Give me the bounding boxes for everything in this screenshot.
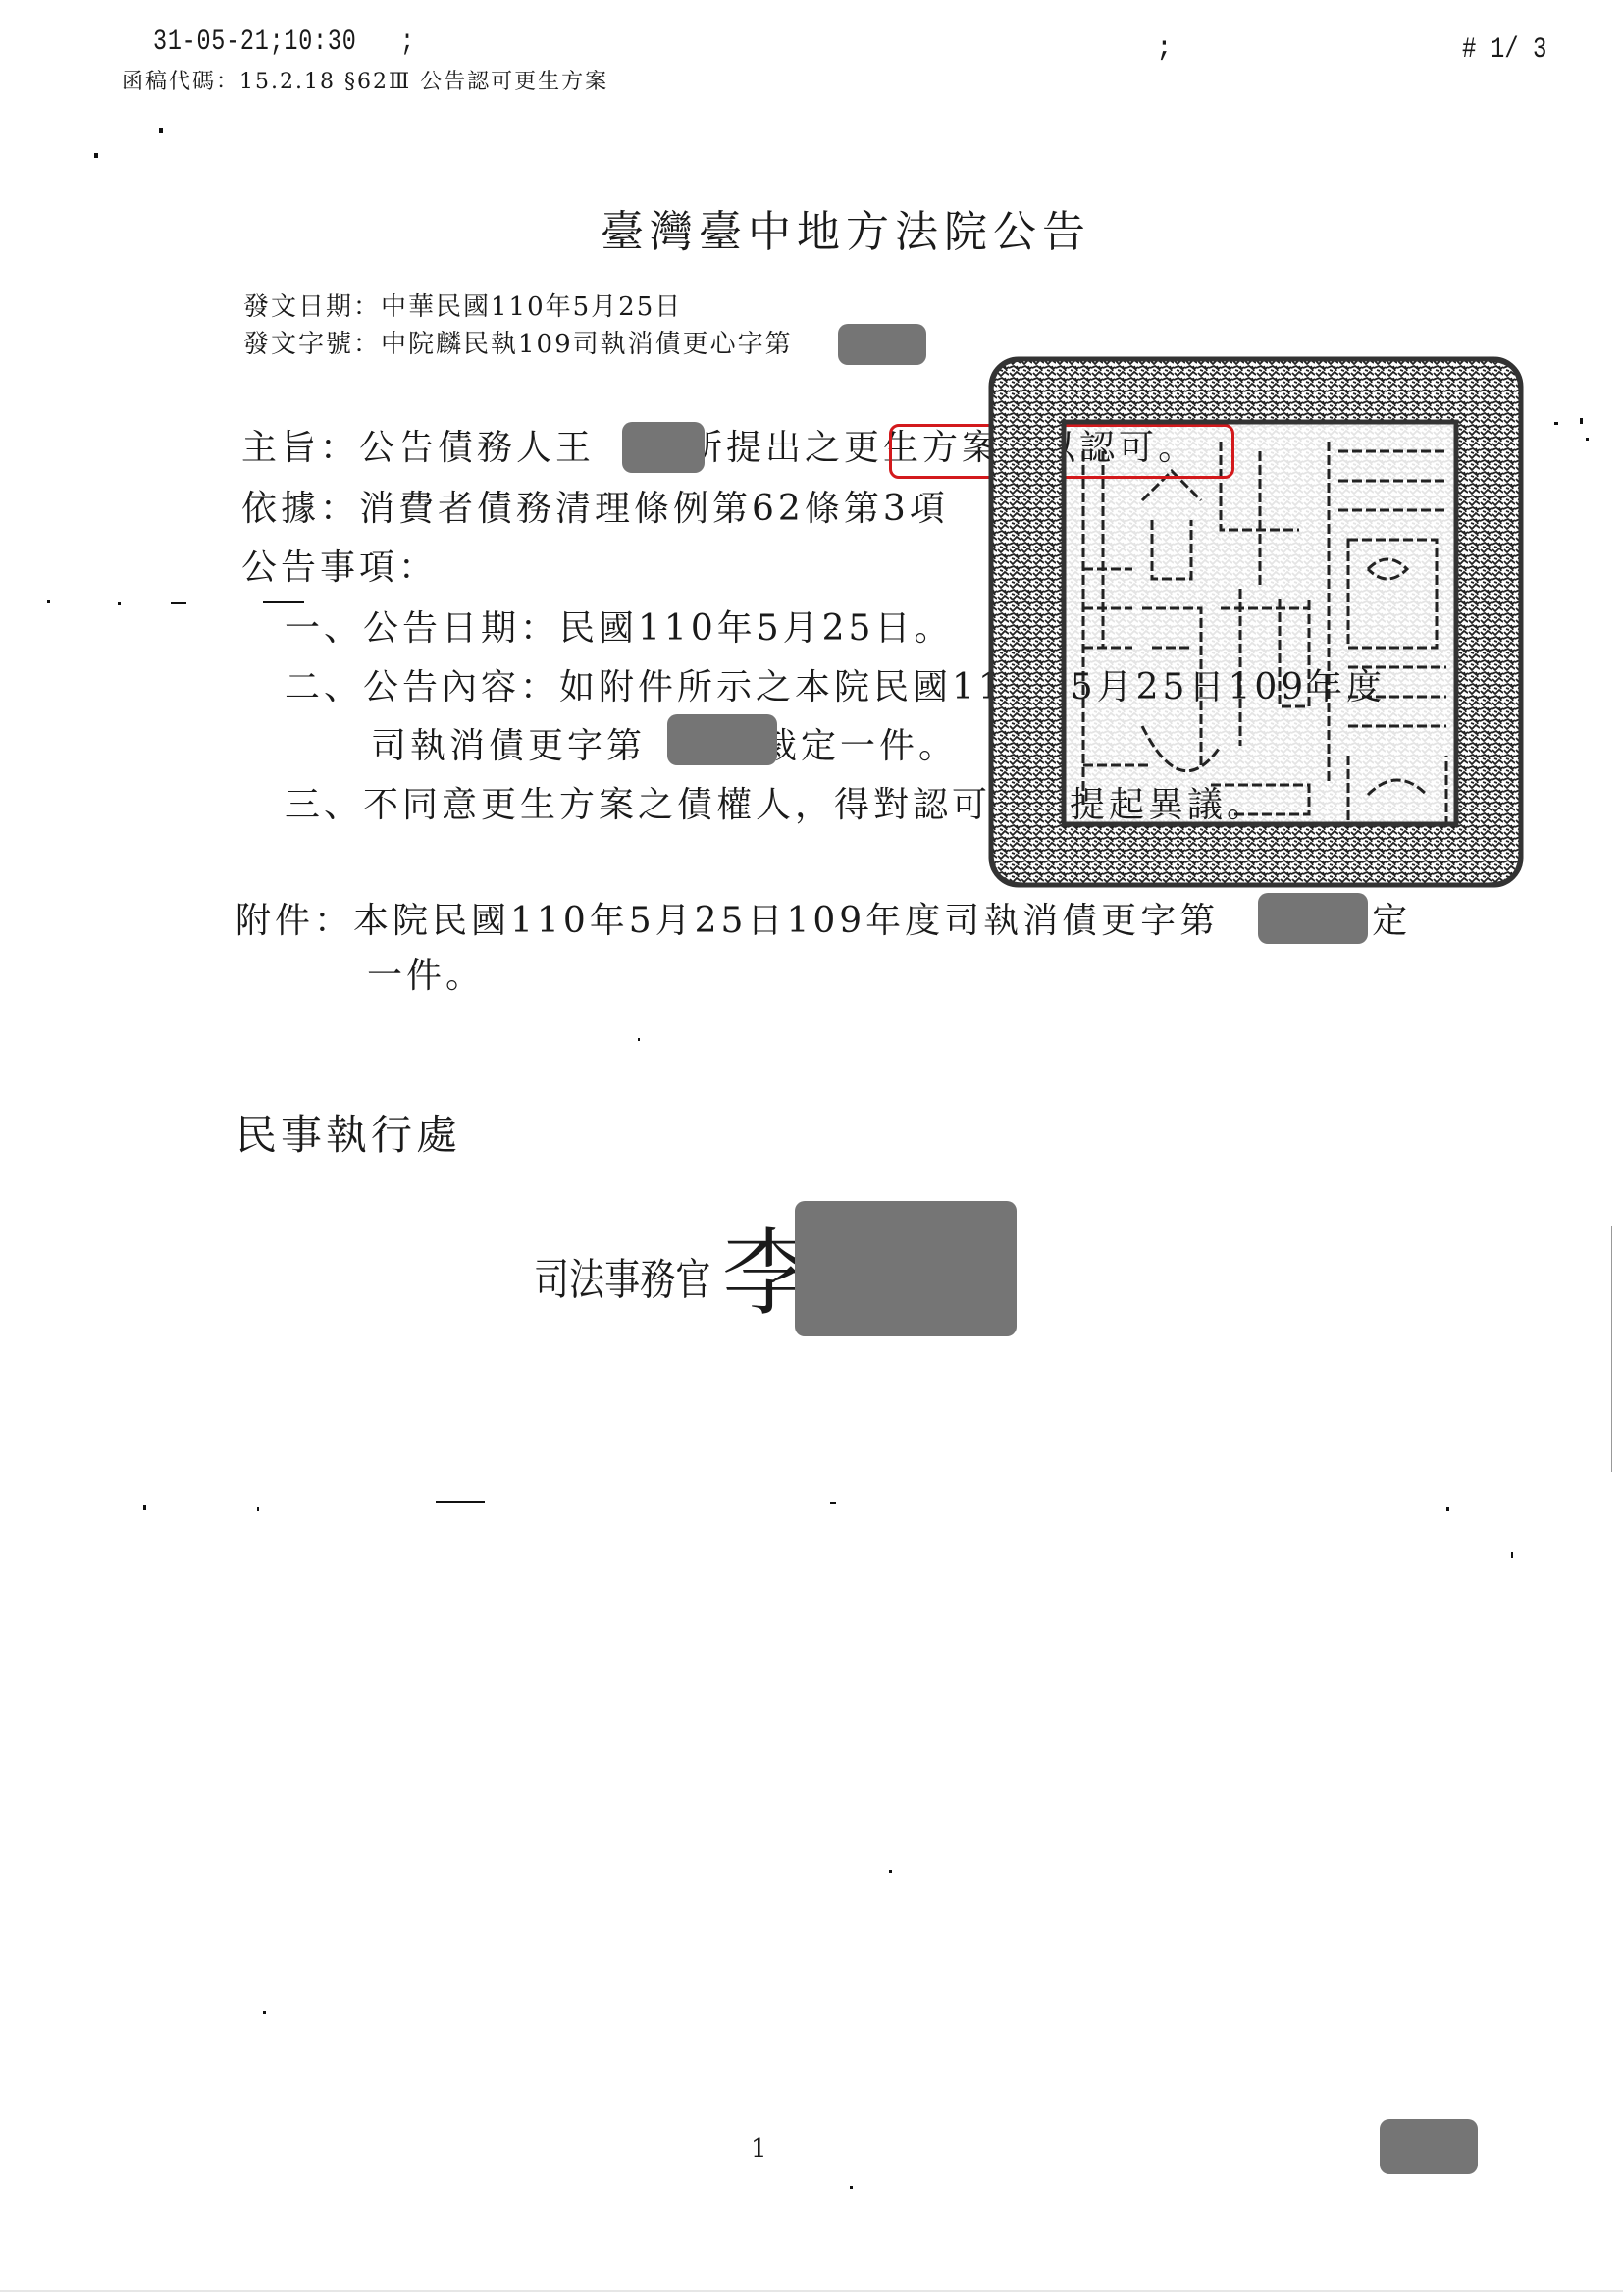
fax-separator-mark: ; [1156, 33, 1173, 64]
scan-artifact [94, 153, 98, 158]
attachment-continuation: 一件。 [367, 948, 485, 998]
issue-number: 發文字號：中院麟民執109司執消債更心字第 [243, 324, 793, 360]
attachment-line: 附件：本院民國110年5月25日109年度司執消債更字第裁定 [236, 893, 1411, 943]
scan-artifact [436, 1501, 485, 1503]
scan-artifact [1586, 438, 1589, 441]
scan-artifact [118, 602, 121, 605]
notice-item: 三、不同意更生方案之債權人，得對認可裁定提起異議。 [285, 777, 1266, 827]
scan-artifact [638, 1038, 640, 1041]
basis-line: 依據：消費者債務清理條例第62條第3項 [241, 481, 949, 531]
scan-artifact [850, 2186, 853, 2189]
scan-bottom-edge [0, 2290, 1623, 2292]
notice-item: 一、公告日期：民國110年5月25日。 [285, 600, 953, 651]
scan-artifact [830, 1502, 836, 1504]
redaction-block [667, 714, 777, 765]
fax-code-line: 函稿代碼：15.2.18 §62Ⅲ 公告認可更生方案 [122, 65, 608, 95]
scan-edge-line [1611, 1226, 1612, 1472]
scan-artifact [159, 128, 163, 133]
scan-artifact [257, 1507, 259, 1511]
redaction-block [838, 324, 926, 365]
scan-artifact [171, 602, 186, 604]
scan-artifact [1580, 418, 1583, 424]
document-title: 臺灣臺中地方法院公告 [601, 196, 1091, 259]
highlight-box [889, 424, 1234, 479]
redaction-block [1380, 2119, 1478, 2174]
notice-item-continuation: 司執消債更字第裁定一件。 [371, 718, 958, 768]
scan-artifact [1511, 1552, 1513, 1558]
fax-page-indicator: #1/3 [1462, 33, 1561, 67]
scan-artifact [263, 2011, 266, 2014]
fax-timestamp: 31-05-21;10:30 ; [153, 26, 415, 59]
scan-artifact [889, 1870, 892, 1873]
scan-artifact [1554, 422, 1558, 425]
scan-artifact [47, 600, 50, 603]
officer-title: 司法事務官 [534, 1244, 710, 1307]
page-number: 1 [751, 2134, 767, 2164]
scan-artifact [263, 601, 304, 603]
issue-date: 發文日期：中華民國110年5月25日 [243, 287, 682, 323]
scan-artifact [143, 1505, 146, 1510]
department-name: 民事執行處 [236, 1103, 461, 1162]
items-heading: 公告事項： [241, 540, 438, 590]
notice-item: 二、公告內容：如附件所示之本院民國110年5月25日109年度 [285, 659, 1386, 709]
redaction-block [1258, 893, 1368, 944]
redaction-block [622, 422, 705, 473]
scan-artifact [1446, 1507, 1449, 1511]
redaction-block [795, 1201, 1017, 1336]
